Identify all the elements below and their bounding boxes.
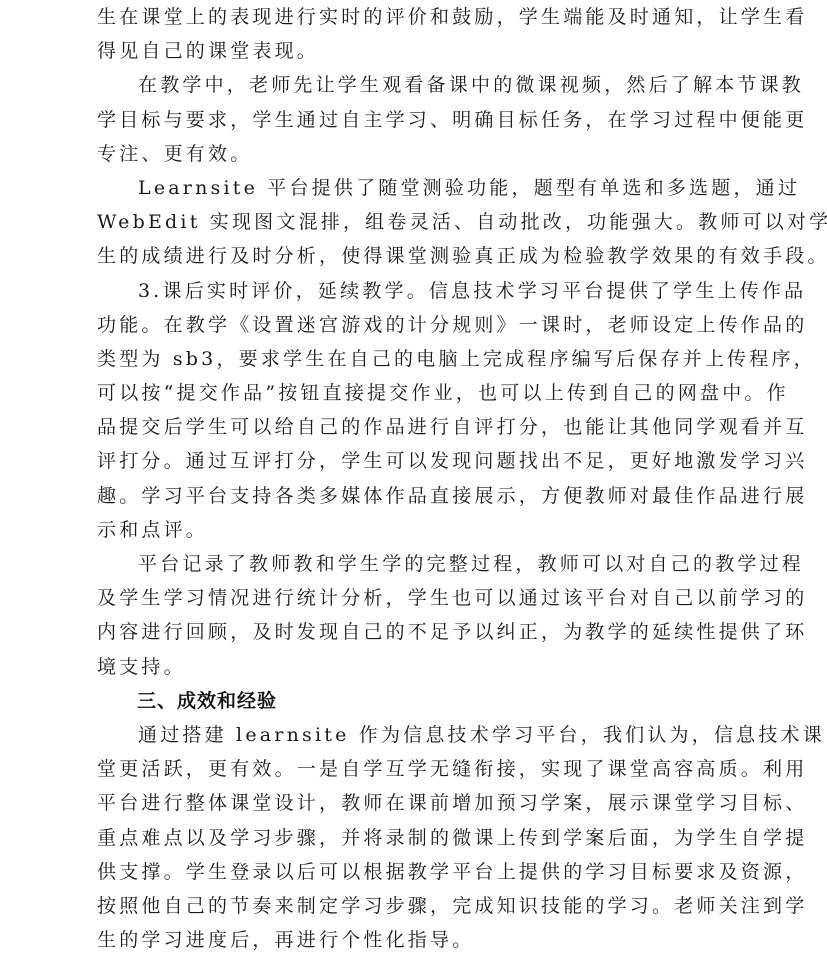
text-line: 在教学中，老师先让学生观看备课中的微课视频，然后了解本节课教 (97, 68, 737, 102)
text-line: 内容进行回顾，及时发现自己的不足予以纠正，为教学的延续性提供了环 (97, 615, 737, 649)
text-line: 类型为 sb3，要求学生在自己的电脑上完成程序编写后保存并上传程序， (97, 342, 737, 376)
text-line: WebEdit 实现图文混排，组卷灵活、自动批改，功能强大。教师可以对学 (97, 205, 737, 239)
text-line: 境支持。 (97, 650, 737, 684)
text-line: 3.课后实时评价，延续教学。信息技术学习平台提供了学生上传作品 (97, 274, 737, 308)
text-line: Learnsite 平台提供了随堂测验功能，题型有单选和多选题，通过 (97, 171, 737, 205)
paragraph-quiz: Learnsite 平台提供了随堂测验功能，题型有单选和多选题，通过 WebEd… (97, 171, 737, 274)
text-line: 按照他自己的节奏来制定学习步骤，完成知识技能的学习。老师关注到学 (97, 889, 737, 923)
document-page: 生在课堂上的表现进行实时的评价和鼓励，学生端能及时通知，让学生看 得见自己的课堂… (97, 0, 737, 957)
paragraph-results: 通过搭建 learnsite 作为信息技术学习平台，我们认为，信息技术课 堂更活… (97, 718, 737, 957)
text-line: 专注、更有效。 (97, 137, 737, 171)
text-line: 平台进行整体课堂设计，教师在课前增加预习学案，展示课堂学习目标、 (97, 786, 737, 820)
text-line: 功能。在教学《设置迷宫游戏的计分规则》一课时，老师设定上传作品的 (97, 308, 737, 342)
text-line: 供支撑。学生登录以后可以根据教学平台上提供的学习目标要求及资源， (97, 855, 737, 889)
text-line: 堂更活跃，更有效。一是自学互学无缝衔接，实现了课堂高容高质。利用 (97, 752, 737, 786)
paragraph-continuation: 生在课堂上的表现进行实时的评价和鼓励，学生端能及时通知，让学生看 得见自己的课堂… (97, 0, 737, 68)
text-line: 学目标与要求，学生通过自主学习、明确目标任务，在学习过程中便能更 (97, 103, 737, 137)
text-line: 评打分。通过互评打分，学生可以发现问题找出不足，更好地激发学习兴 (97, 444, 737, 478)
text-line: 平台记录了教师教和学生学的完整过程，教师可以对自己的教学过程 (97, 547, 737, 581)
text-line: 可以按“提交作品”按钮直接提交作业，也可以上传到自己的网盘中。作 (97, 376, 737, 410)
text-line: 重点难点以及学习步骤，并将录制的微课上传到学案后面，为学生自学提 (97, 821, 737, 855)
text-line: 趣。学习平台支持各类多媒体作品直接展示，方便教师对最佳作品进行展 (97, 479, 737, 513)
paragraph-micro-lesson: 在教学中，老师先让学生观看备课中的微课视频，然后了解本节课教 学目标与要求，学生… (97, 68, 737, 171)
text-line: 及学生学习情况进行统计分析，学生也可以通过该平台对自己以前学习的 (97, 581, 737, 615)
text-line: 得见自己的课堂表现。 (97, 34, 737, 68)
paragraph-records: 平台记录了教师教和学生学的完整过程，教师可以对自己的教学过程 及学生学习情况进行… (97, 547, 737, 684)
text-line: 通过搭建 learnsite 作为信息技术学习平台，我们认为，信息技术课 (97, 718, 737, 752)
section-heading: 三、成效和经验 (97, 684, 737, 718)
text-line: 品提交后学生可以给自己的作品进行自评打分，也能让其他同学观看并互 (97, 410, 737, 444)
text-line: 生的成绩进行及时分析，使得课堂测验真正成为检验教学效果的有效手段。 (97, 239, 737, 273)
text-line: 生的学习进度后，再进行个性化指导。 (97, 923, 737, 957)
text-line: 生在课堂上的表现进行实时的评价和鼓励，学生端能及时通知，让学生看 (97, 0, 737, 34)
text-line: 示和点评。 (97, 513, 737, 547)
paragraph-after-class: 3.课后实时评价，延续教学。信息技术学习平台提供了学生上传作品 功能。在教学《设… (97, 274, 737, 548)
